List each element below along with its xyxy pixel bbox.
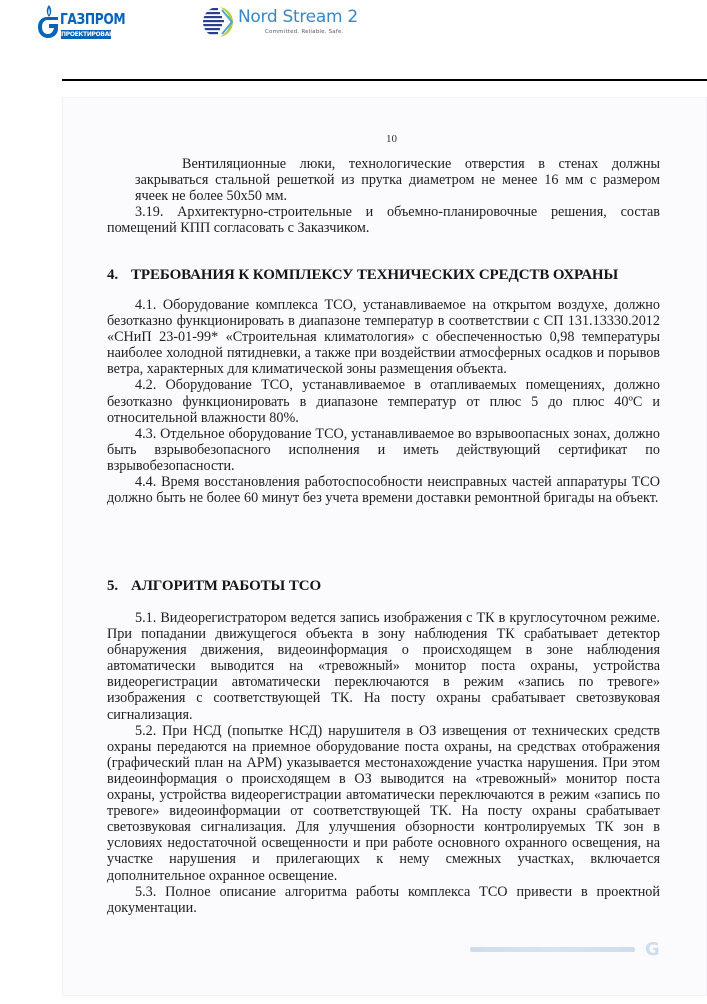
paragraph-4-2: 4.2. Оборудование ТСО, устанавливаемое в… — [107, 377, 660, 425]
intro-block: Вентиляционные люки, технологические отв… — [107, 156, 660, 236]
nordstream-tagline: Committed. Reliable. Safe. — [265, 29, 344, 35]
paragraph-4-3: 4.3. Отдельное оборудование ТСО, устанав… — [107, 426, 660, 474]
section-5-body: 5.1. Видеорегистратором ведется запись и… — [107, 610, 660, 916]
section-5-number: 5. — [107, 578, 131, 595]
header-divider — [62, 79, 707, 81]
scan-bleed-watermark: G — [470, 940, 670, 962]
nordstream-globe-icon — [202, 6, 236, 38]
paragraph-4-1: 4.1. Оборудование комплекса ТСО, устанав… — [107, 297, 660, 377]
section-5-heading: 5.АЛГОРИТМ РАБОТЫ ТСО — [107, 578, 321, 595]
paragraph-5-3: 5.3. Полное описание алгоритма работы ко… — [107, 884, 660, 916]
gazprom-wordmark: ГАЗПРОМ — [60, 11, 125, 27]
gazprom-logo: ГАЗПРОМ ПРОЕКТИРОВАНИЕ — [36, 3, 112, 41]
paragraph-5-2: 5.2. При НСД (попытке НСД) нарушителя в … — [107, 723, 660, 884]
section-4-title: ТРЕБОВАНИЯ К КОМПЛЕКСУ ТЕХНИЧЕСКИХ СРЕДС… — [131, 267, 618, 283]
section-5-title: АЛГОРИТМ РАБОТЫ ТСО — [131, 578, 321, 594]
watermark-text-bar — [470, 947, 635, 952]
nordstream-title: Nord Stream 2 — [238, 7, 358, 27]
nordstream-logo: Nord Stream 2 Committed. Reliable. Safe. — [200, 5, 350, 41]
section-4-number: 4. — [107, 267, 131, 284]
section-4-body: 4.1. Оборудование комплекса ТСО, устанав… — [107, 297, 660, 506]
gazprom-watermark-icon: G — [645, 940, 661, 960]
paragraph-3-19: 3.19. Архитектурно-строительные и объемн… — [107, 204, 660, 236]
paragraph-4-4: 4.4. Время восстановления работоспособно… — [107, 474, 660, 506]
gazprom-flame-icon — [36, 3, 62, 39]
page-number: 10 — [386, 133, 397, 145]
page-header: ГАЗПРОМ ПРОЕКТИРОВАНИЕ Nord Stream 2 Com… — [0, 0, 707, 80]
paragraph-ventilation: Вентиляционные люки, технологические отв… — [107, 156, 660, 204]
section-4-heading: 4.ТРЕБОВАНИЯ К КОМПЛЕКСУ ТЕХНИЧЕСКИХ СРЕ… — [107, 267, 618, 284]
gazprom-subtitle: ПРОЕКТИРОВАНИЕ — [61, 30, 111, 39]
paragraph-5-1: 5.1. Видеорегистратором ведется запись и… — [107, 610, 660, 723]
